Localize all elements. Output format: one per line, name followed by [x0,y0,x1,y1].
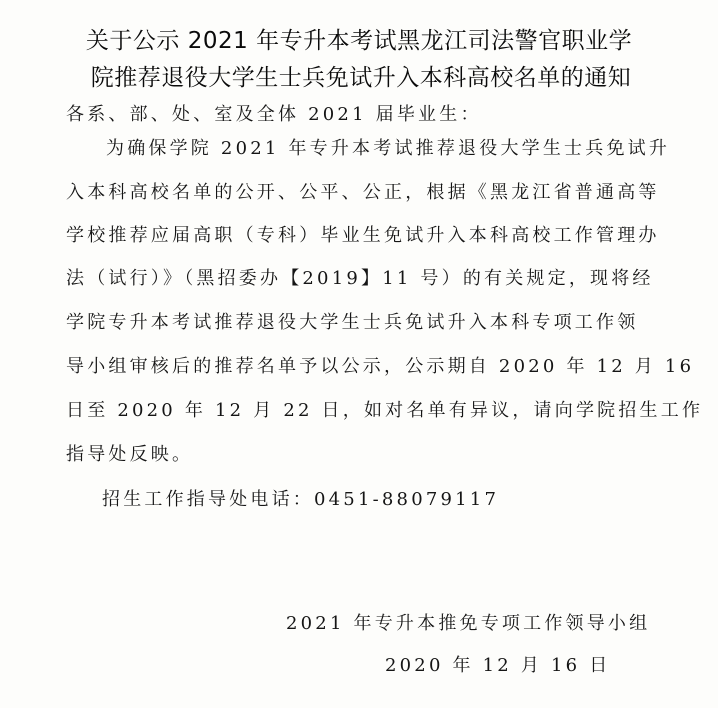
salutation: 各系、部、处、室及全体 2021 届毕业生： [66,100,482,126]
document-title-line-1: 关于公示 2021 年专升本考试黑龙江司法警官职业学 [0,22,718,55]
signature-date: 2020 年 12 月 16 日 [385,651,610,677]
body-line-7: 日至 2020 年 12 月 22 日，如对名单有异议，请向学院招生工作 [66,396,703,422]
body-line-6: 导小组审核后的推荐名单予以公示，公示期自 2020 年 12 月 16 [66,352,694,378]
body-line-4: 法（试行）》（黑招委办【2019】11 号）的有关规定，现将经 [66,264,654,290]
body-line-2: 入本科高校名单的公开、公平、公正，根据《黑龙江省普通高等 [66,178,660,204]
body-line-3: 学校推荐应届高职（专科）毕业生免试升入本科高校工作管理办 [66,221,660,247]
contact-phone: 招生工作指导处电话：0451-88079117 [102,485,499,511]
body-line-8: 指导处反映。 [66,440,193,466]
body-line-1: 为确保学院 2021 年专升本考试推荐退役大学生士兵免试升 [106,134,670,160]
document-title-line-2: 院推荐退役大学生士兵免试升入本科高校名单的通知 [2,59,718,92]
signature-organization: 2021 年专升本推免专项工作领导小组 [286,609,650,635]
body-line-5: 学院专升本考试推荐退役大学生士兵免试升入本科专项工作领 [66,308,638,334]
